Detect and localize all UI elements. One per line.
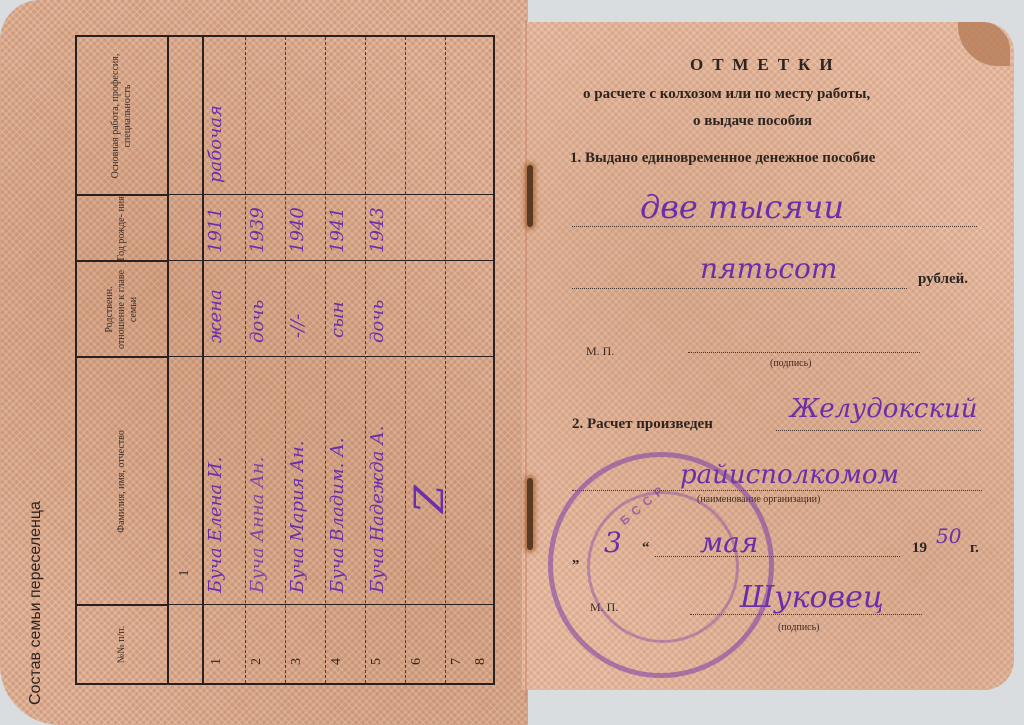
closing-mark: Z xyxy=(407,485,453,513)
row-divider xyxy=(445,37,446,683)
header-occupation: Основная работа, профессия, специальност… xyxy=(77,37,167,195)
section-title: Состав семьи переселенца xyxy=(27,501,45,705)
org-line-1: Желудокский xyxy=(790,394,977,424)
header-relation: Родственн. отношение к главе семьи xyxy=(77,261,167,357)
subtitle-line-2: о выдаче пособия xyxy=(693,113,812,130)
staple-top xyxy=(527,165,533,227)
row-number: 1 xyxy=(177,553,193,593)
org-line-1-dots xyxy=(776,430,981,431)
family-table: №№ п/п. Фамилия, имя, отчество Родственн… xyxy=(75,35,495,685)
row-divider xyxy=(325,37,326,683)
row-divider xyxy=(285,37,286,683)
row-number: 5 xyxy=(369,658,385,665)
signature-line-1 xyxy=(688,352,920,353)
cell-relation: сын xyxy=(327,301,348,338)
row-number: 4 xyxy=(329,658,345,665)
currency-label: рублей. xyxy=(918,271,968,288)
cell-name: Буча Елена И. xyxy=(205,457,226,593)
header-number: №№ п/п. xyxy=(77,605,167,683)
amount-line-2-dots xyxy=(572,288,907,289)
year-unit: г. xyxy=(970,540,979,557)
row-number: 7 xyxy=(449,658,465,665)
row-number: 3 xyxy=(289,658,305,665)
row-divider xyxy=(405,37,406,683)
staple-bottom xyxy=(527,478,533,550)
spine xyxy=(525,20,527,700)
cell-birth-year: 1940 xyxy=(287,207,308,253)
amount-line-2: пятьсот xyxy=(700,252,837,285)
cell-name: Буча Мария Ан. xyxy=(287,441,308,593)
row-divider xyxy=(365,37,366,683)
amount-line-1: две тысячи xyxy=(640,188,844,226)
subtitle-line-1: о расчете с колхозом или по месту работы… xyxy=(583,86,870,103)
stamp-inner-ring xyxy=(587,491,739,643)
cell-relation: жена xyxy=(205,289,226,343)
cell-relation: -//- xyxy=(287,314,308,338)
cell-birth-year: 1939 xyxy=(247,207,268,253)
header-name: Фамилия, имя, отчество xyxy=(77,357,167,605)
row-number: 8 xyxy=(473,658,489,665)
row-divider xyxy=(245,37,246,683)
row-number-divider xyxy=(202,37,204,683)
table-header: №№ п/п. Фамилия, имя, отчество Родственн… xyxy=(77,37,169,683)
signature-caption-2: (подпись) xyxy=(778,622,820,633)
amount-line-1-dots xyxy=(572,226,977,227)
cell-name: Буча Надежда А. xyxy=(367,426,388,593)
year-suffix: 50 xyxy=(936,524,961,548)
cell-relation: дочь xyxy=(367,300,388,343)
signature-caption-1: (подпись) xyxy=(770,358,812,369)
cell-birth-year: 1943 xyxy=(367,207,388,253)
item2-label: 2. Расчет произведен xyxy=(572,416,713,433)
cell-birth-year: 1911 xyxy=(205,207,226,253)
family-composition-section: Состав семьи переселенца №№ п/п. Фамилия… xyxy=(75,35,495,685)
item1-label: 1. Выдано единовременное денежное пособи… xyxy=(570,150,875,167)
header-birth-year: Год рожде- ния xyxy=(77,195,167,261)
cell-name: Буча Анна Ан. xyxy=(247,457,268,593)
year-prefix: 19 xyxy=(912,540,927,557)
row-number: 1 xyxy=(209,658,225,665)
cell-name: Буча Владим. А. xyxy=(327,438,348,593)
official-stamp: БССР xyxy=(548,452,774,678)
page-title: ОТМЕТКИ xyxy=(690,55,842,75)
row-number: 6 xyxy=(409,658,425,665)
stamp-place-1: М. П. xyxy=(586,344,614,359)
cell-occupation: рабочая xyxy=(205,105,226,183)
cell-relation: дочь xyxy=(247,300,268,343)
cell-birth-year: 1941 xyxy=(327,207,348,253)
row-number: 2 xyxy=(249,658,265,665)
